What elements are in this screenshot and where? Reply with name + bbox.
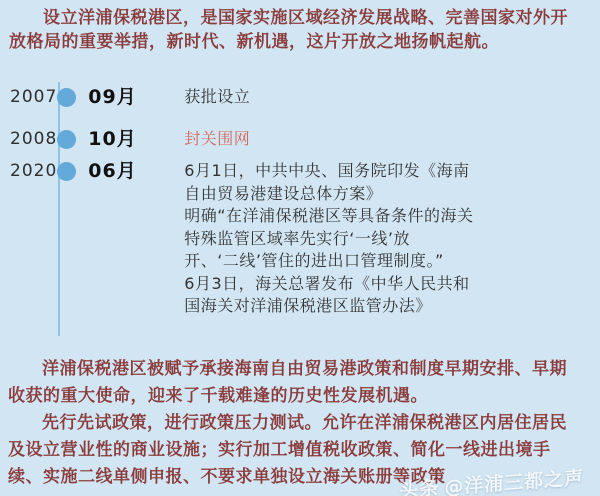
watermark-handle: @洋浦三都之声 [444, 467, 584, 496]
timeline-month: 10月 [88, 128, 184, 150]
watermark-prefix: 头条 [399, 477, 439, 496]
timeline-month: 09月 [88, 86, 184, 108]
timeline-event: 封关围网 [184, 128, 590, 151]
timeline-year: 2007 [10, 86, 57, 108]
infographic-canvas: 设立洋浦保税港区，是国家实施区域经济发展战略、完善国家对外开 放格局的重要举措，… [0, 0, 600, 496]
timeline-dot-icon [57, 88, 76, 107]
timeline-entry-2007: 2007 09月 获批设立 [0, 86, 590, 109]
timeline-entry-2020: 2020 06月 6月1日，中共中央、国务院印发《海南 自由贸易港建设总体方案》… [0, 160, 590, 318]
timeline-year: 2020 [10, 160, 57, 182]
timeline-dot-icon [57, 162, 76, 181]
paragraph-policy-mission: 洋浦保税港区被赋予承接海南自由贸易港政策和制度早期安排、早期 收获的重大使命，迎… [8, 356, 592, 410]
timeline-event: 获批设立 [184, 86, 590, 109]
timeline: 2007 09月 获批设立 2008 10月 封关围网 2020 06月 6月1… [0, 0, 600, 350]
timeline-dot-icon [57, 130, 76, 149]
timeline-month: 06月 [88, 160, 184, 182]
timeline-event: 6月1日，中共中央、国务院印发《海南 自由贸易港建设总体方案》 明确“在洋浦保税… [184, 160, 590, 318]
timeline-entry-2008: 2008 10月 封关围网 [0, 128, 590, 151]
timeline-year: 2008 [10, 128, 57, 150]
